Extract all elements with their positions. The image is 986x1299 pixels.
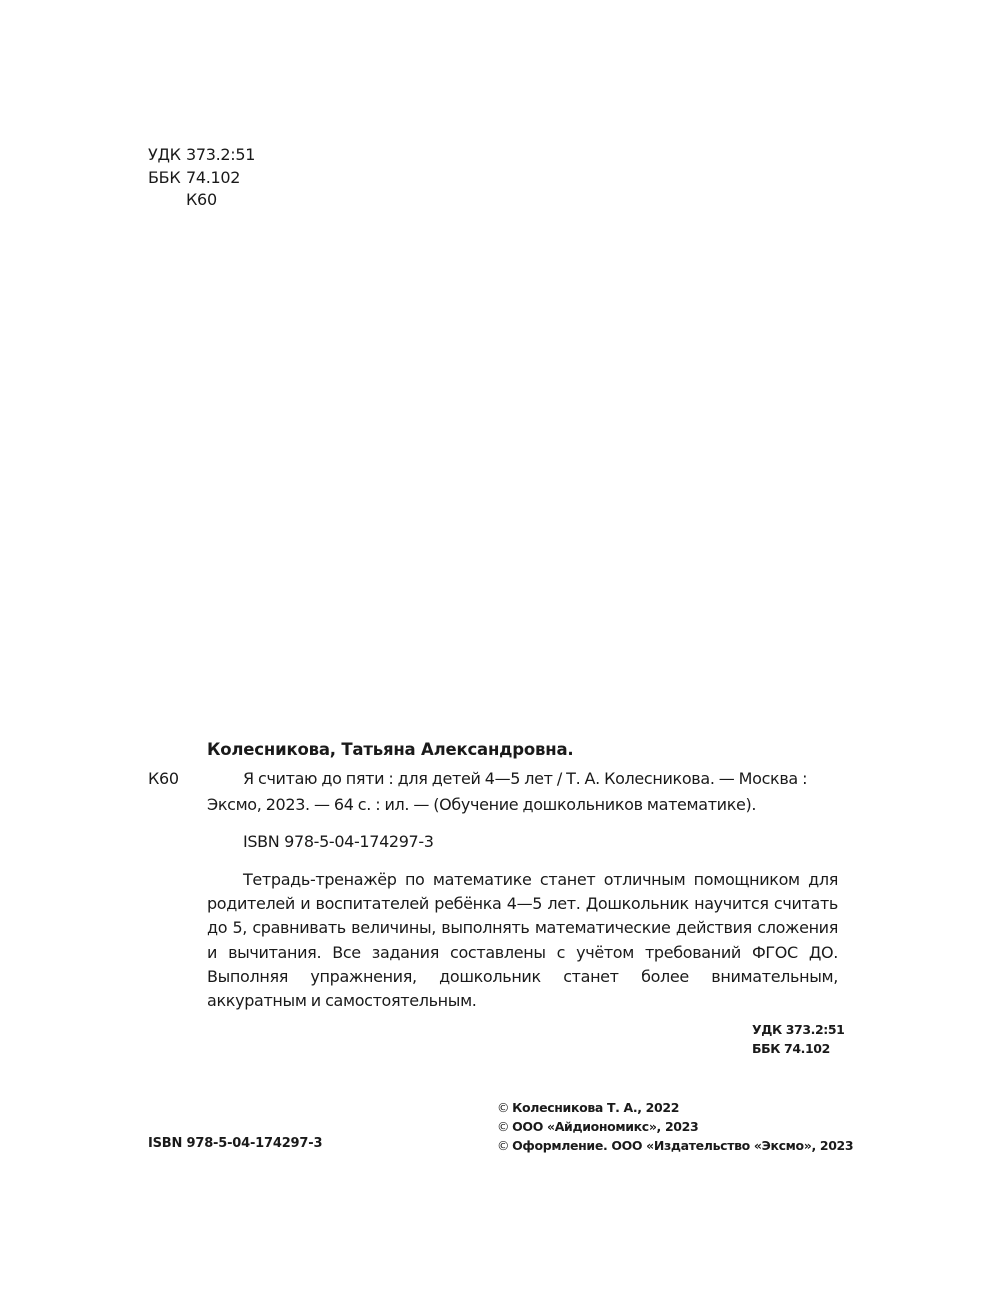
title-statement-line-1: Я считаю до пяти : для детей 4—5 лет / Т…: [243, 769, 807, 788]
bbk-row: ББК 74.102: [148, 167, 255, 190]
udk-label: УДК: [148, 144, 186, 167]
udk-row: УДК 373.2:51: [148, 144, 255, 167]
copyright-icon: ©: [497, 1138, 509, 1153]
classification-block-bottom: УДК 373.2:51 ББК 74.102: [752, 1021, 844, 1058]
bbk-value: 74.102: [186, 167, 240, 190]
classification-block-top: УДК 373.2:51 ББК 74.102 К60: [148, 144, 255, 212]
copyright-line: ©Колесникова Т. А., 2022: [497, 1098, 853, 1117]
copyright-text: Оформление. ООО «Издательство «Эксмо», 2…: [512, 1138, 853, 1153]
cutter-code-top: К60: [148, 189, 255, 212]
udk-bottom: УДК 373.2:51: [752, 1021, 844, 1040]
copyright-line: ©ООО «Айдиономикс», 2023: [497, 1117, 853, 1136]
copyright-text: ООО «Айдиономикс», 2023: [512, 1119, 698, 1134]
copyright-icon: ©: [497, 1119, 509, 1134]
copyright-block: ©Колесникова Т. А., 2022 ©ООО «Айдиономи…: [497, 1098, 853, 1155]
copyright-line: ©Оформление. ООО «Издательство «Эксмо», …: [497, 1136, 853, 1155]
udk-value: 373.2:51: [186, 144, 255, 167]
cutter-code: К60: [148, 769, 179, 788]
title-statement-line-2: Эксмо, 2023. — 64 с. : ил. — (Обучение д…: [207, 795, 756, 814]
bbk-label: ББК: [148, 167, 186, 190]
author-heading: Колесникова, Татьяна Александровна.: [207, 740, 574, 759]
copyright-icon: ©: [497, 1100, 509, 1115]
annotation-paragraph: Тетрадь-тренажёр по математике станет от…: [207, 868, 838, 1013]
copyright-text: Колесникова Т. А., 2022: [512, 1100, 679, 1115]
isbn-bottom: ISBN 978-5-04-174297-3: [148, 1136, 322, 1151]
bbk-bottom: ББК 74.102: [752, 1040, 844, 1059]
isbn-record: ISBN 978-5-04-174297-3: [243, 832, 434, 851]
